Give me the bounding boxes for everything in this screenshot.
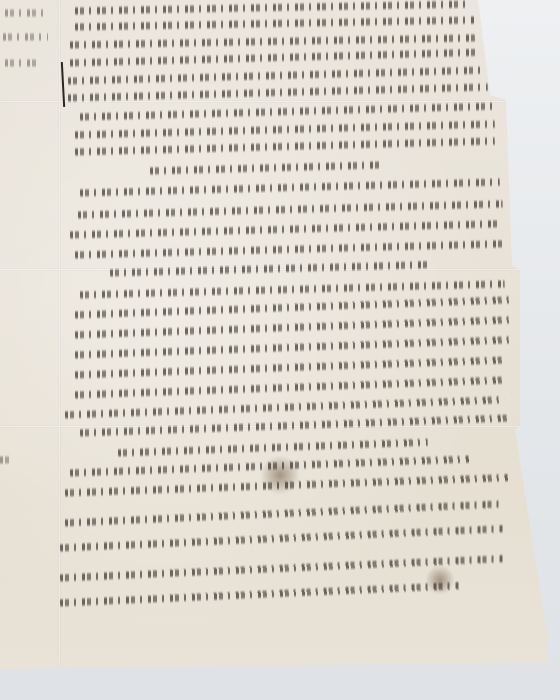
handwritten-line	[80, 177, 500, 198]
handwritten-line	[60, 524, 505, 553]
document-paper	[0, 0, 560, 700]
handwritten-line	[60, 581, 460, 608]
handwritten-line	[80, 101, 495, 122]
handwritten-line	[70, 219, 500, 240]
handwritten-line	[75, 239, 505, 260]
margin-note-line	[5, 8, 45, 18]
handwritten-line	[150, 160, 380, 176]
margin-note-line	[0, 455, 12, 465]
handwritten-line	[75, 15, 475, 32]
handwritten-line	[75, 0, 470, 16]
margin-note-line	[3, 32, 48, 42]
handwritten-line	[118, 437, 428, 458]
handwritten-line	[75, 136, 495, 157]
handwritten-line	[70, 47, 480, 68]
handwritten-line	[65, 499, 505, 528]
margin-note-line	[5, 58, 40, 68]
handwritten-line	[110, 260, 430, 278]
handwritten-line	[78, 199, 503, 220]
handwritten-line	[70, 33, 475, 50]
